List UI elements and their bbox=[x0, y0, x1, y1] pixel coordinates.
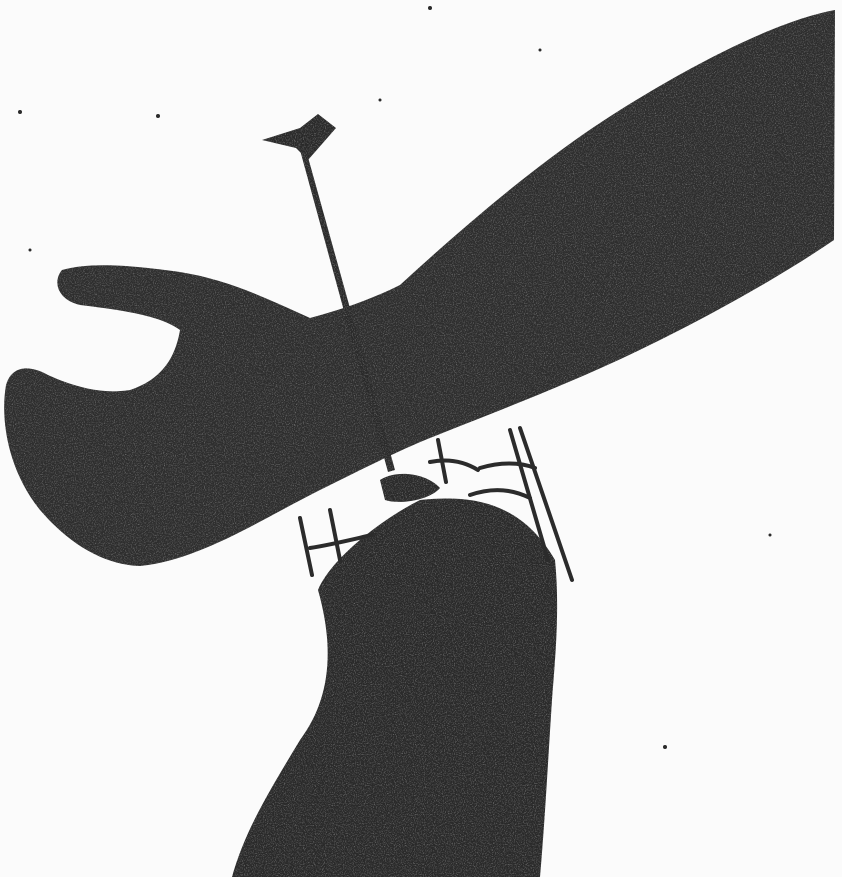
lower-fist bbox=[232, 499, 557, 877]
illustration-canvas: Grainy black-and-white print of an exten… bbox=[0, 0, 842, 877]
illustration bbox=[0, 0, 842, 877]
